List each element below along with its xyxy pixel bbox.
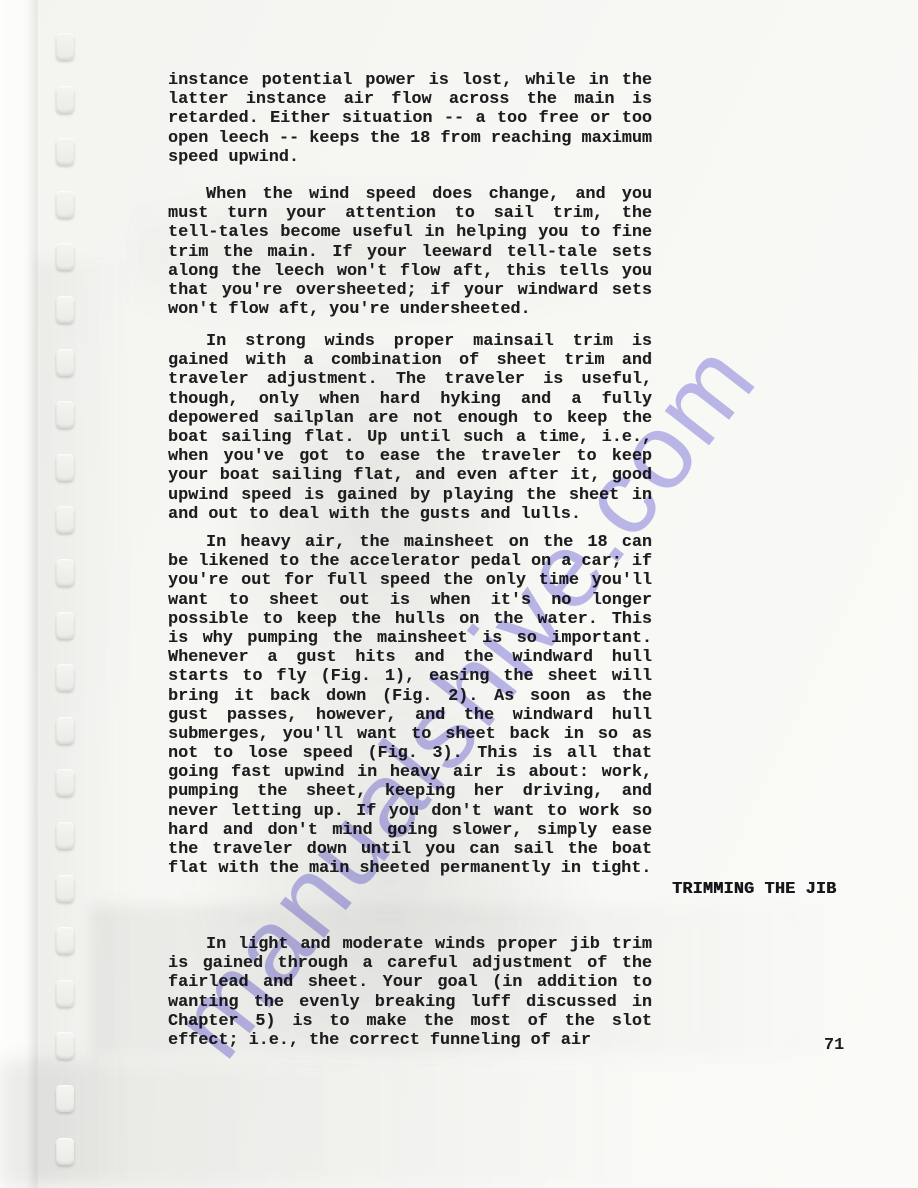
page-number: 71 xyxy=(824,1036,844,1055)
text-line: and out to deal with the gusts and lulls… xyxy=(168,505,652,524)
text-line: fairlead and sheet. Your goal (in additi… xyxy=(168,973,652,992)
paragraph: In light and moderate winds proper jib t… xyxy=(168,935,652,1050)
paper-smudge xyxy=(34,260,144,1180)
text-line: must turn your attention to sail trim, t… xyxy=(168,204,652,223)
binding-hole xyxy=(56,454,74,481)
text-line: boat sailing flat. Up until such a time,… xyxy=(168,428,652,447)
binding-hole xyxy=(56,1032,74,1059)
text-line: upwind speed is gained by playing the sh… xyxy=(168,486,652,505)
text-line: tell-tales become useful in helping you … xyxy=(168,223,652,242)
text-line: along the leech won't flow aft, this tel… xyxy=(168,262,652,281)
text-line: when you've got to ease the traveler to … xyxy=(168,447,652,466)
binding-hole xyxy=(56,664,74,691)
binding-hole xyxy=(56,33,74,60)
binding-hole xyxy=(56,243,74,270)
text-line: pumping the sheet, keeping her driving, … xyxy=(168,782,652,801)
text-line: In heavy air, the mainsheet on the 18 ca… xyxy=(168,533,652,552)
paragraph: In heavy air, the mainsheet on the 18 ca… xyxy=(168,533,652,878)
binding-hole xyxy=(56,138,74,165)
paragraph: In strong winds proper mainsail trim isg… xyxy=(168,332,652,524)
text-line: won't flow aft, you're undersheeted. xyxy=(168,300,652,319)
text-line: Whenever a gust hits and the windward hu… xyxy=(168,648,652,667)
binding-hole xyxy=(56,86,74,113)
binding-hole xyxy=(56,1085,74,1112)
text-line: flat with the main sheeted permanently i… xyxy=(168,859,652,878)
binding-hole xyxy=(56,506,74,533)
text-line: Chapter 5) is to make the most of the sl… xyxy=(168,1012,652,1031)
text-line: the traveler down until you can sail the… xyxy=(168,840,652,859)
text-line: trim the main. If your leeward tell-tale… xyxy=(168,243,652,262)
text-line: submerges, you'll want to sheet back in … xyxy=(168,725,652,744)
scanned-page: instance potential power is lost, while … xyxy=(0,0,918,1188)
text-line: starts to fly (Fig. 1), easing the sheet… xyxy=(168,667,652,686)
text-line: going fast upwind in heavy air is about:… xyxy=(168,763,652,782)
paragraph: When the wind speed does change, and you… xyxy=(168,185,652,319)
text-line: that you're oversheeted; if your windwar… xyxy=(168,281,652,300)
binding-hole xyxy=(56,717,74,744)
text-line: though, only when hard hyking and a full… xyxy=(168,390,652,409)
text-line: want to sheet out is when it's no longer xyxy=(168,591,652,610)
binding-hole xyxy=(56,927,74,954)
text-line: wanting the evenly breaking luff discuss… xyxy=(168,993,652,1012)
text-line: be likened to the accelerator pedal on a… xyxy=(168,552,652,571)
text-line: In strong winds proper mainsail trim is xyxy=(168,332,652,351)
text-line: depowered sailplan are not enough to kee… xyxy=(168,409,652,428)
paragraph: instance potential power is lost, while … xyxy=(168,71,652,167)
binding-hole xyxy=(56,980,74,1007)
text-line: your boat sailing flat, and even after i… xyxy=(168,466,652,485)
text-line: retarded. Either situation -- a too free… xyxy=(168,109,652,128)
text-line: latter instance air flow across the main… xyxy=(168,90,652,109)
binding-hole xyxy=(56,191,74,218)
binding-hole xyxy=(56,559,74,586)
text-line: speed upwind. xyxy=(168,148,652,167)
text-line: traveler adjustment. The traveler is use… xyxy=(168,370,652,389)
text-line: is gained through a careful adjustment o… xyxy=(168,954,652,973)
text-line: gained with a combination of sheet trim … xyxy=(168,351,652,370)
binding-hole xyxy=(56,349,74,376)
binding-hole xyxy=(56,875,74,902)
text-line: open leech -- keeps the 18 from reaching… xyxy=(168,129,652,148)
section-heading: TRIMMING THE JIB xyxy=(672,880,836,899)
text-line: possible to keep the hulls on the water.… xyxy=(168,610,652,629)
page-left-edge xyxy=(0,0,38,1188)
text-line: is why pumping the mainsheet is so impor… xyxy=(168,629,652,648)
text-line: never letting up. If you don't want to w… xyxy=(168,802,652,821)
text-line: instance potential power is lost, while … xyxy=(168,71,652,90)
text-line: effect; i.e., the correct funneling of a… xyxy=(168,1031,652,1050)
text-line: bring it back down (Fig. 2). As soon as … xyxy=(168,687,652,706)
text-line: When the wind speed does change, and you xyxy=(168,185,652,204)
text-line: not to lose speed (Fig. 3). This is all … xyxy=(168,744,652,763)
text-line: hard and don't mind going slower, simply… xyxy=(168,821,652,840)
binding-hole xyxy=(56,296,74,323)
binding-hole xyxy=(56,822,74,849)
binding-hole xyxy=(56,612,74,639)
text-line: In light and moderate winds proper jib t… xyxy=(168,935,652,954)
text-line: gust passes, however, and the windward h… xyxy=(168,706,652,725)
text-line: you're out for full speed the only time … xyxy=(168,571,652,590)
binding-hole xyxy=(56,1138,74,1165)
paper-smudge xyxy=(0,1060,760,1188)
binding-hole xyxy=(56,769,74,796)
binding-hole xyxy=(56,401,74,428)
